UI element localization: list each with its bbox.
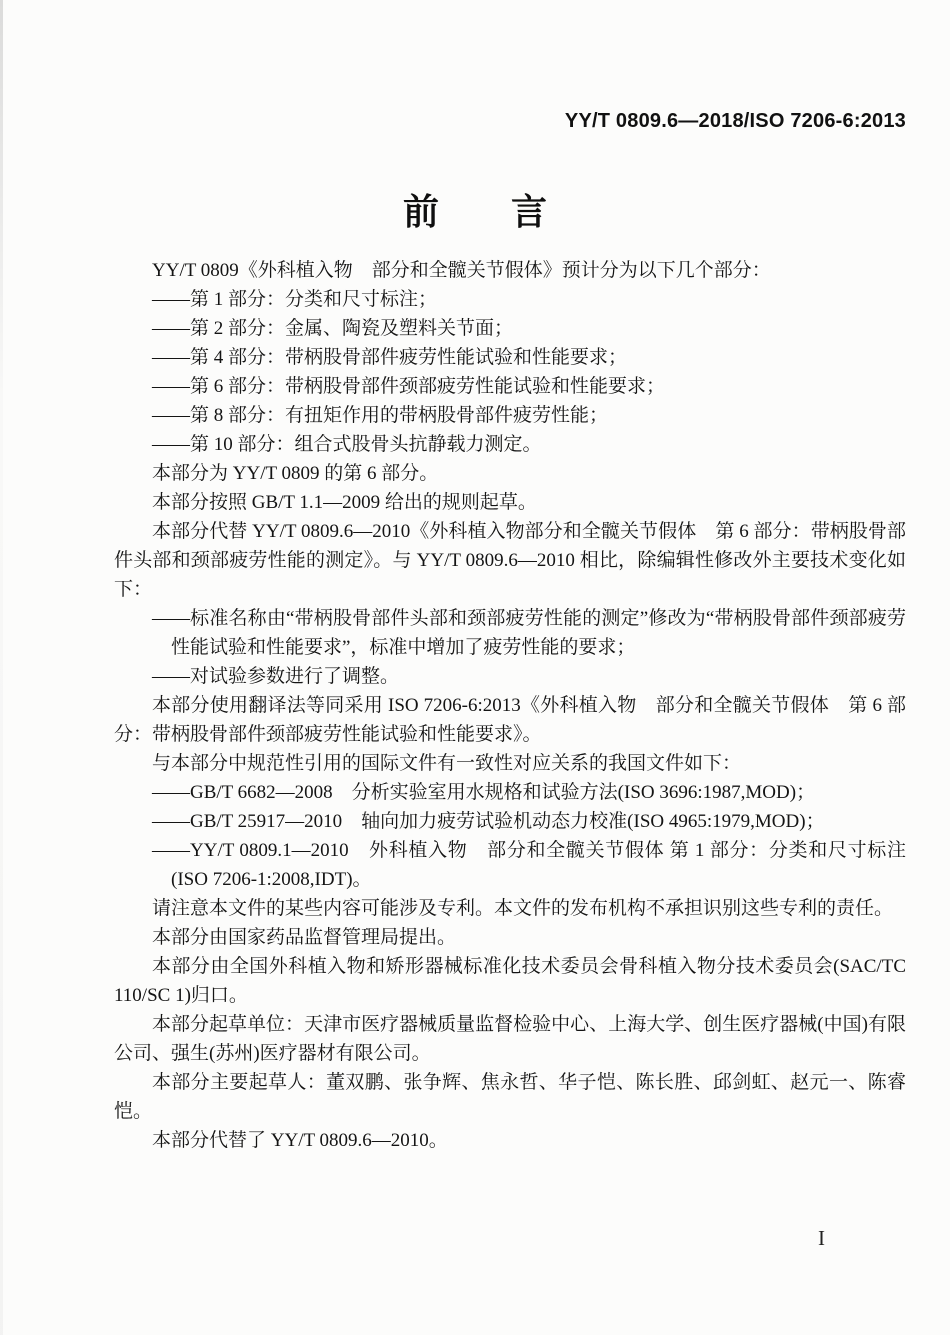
paragraph: 本部分按照 GB/T 1.1—2009 给出的规则起草。: [114, 488, 906, 517]
paragraph: 请注意本文件的某些内容可能涉及专利。本文件的发布机构不承担识别这些专利的责任。: [114, 894, 906, 923]
paragraph: 本部分代替 YY/T 0809.6—2010《外科植入物部分和全髋关节假体 第 …: [114, 517, 906, 604]
paragraph: 本部分由全国外科植入物和矫形器械标准化技术委员会骨科植入物分技术委员会(SAC/…: [114, 952, 906, 1010]
paragraph: ——对试验参数进行了调整。: [114, 662, 906, 691]
paragraph: 本部分为 YY/T 0809 的第 6 部分。: [114, 459, 906, 488]
paragraph: ——GB/T 6682—2008 分析实验室用水规格和试验方法(ISO 3696…: [114, 778, 906, 807]
paragraph: ——第 1 部分：分类和尺寸标注；: [114, 285, 906, 314]
paragraph: ——第 4 部分：带柄股骨部件疲劳性能试验和性能要求；: [114, 343, 906, 372]
paragraph: 本部分起草单位：天津市医疗器械质量监督检验中心、上海大学、创生医疗器械(中国)有…: [114, 1010, 906, 1068]
paragraph: ——GB/T 25917—2010 轴向加力疲劳试验机动态力校准(ISO 496…: [114, 807, 906, 836]
paragraph: ——YY/T 0809.1—2010 外科植入物 部分和全髋关节假体 第 1 部…: [114, 836, 906, 894]
paragraph: 与本部分中规范性引用的国际文件有一致性对应关系的我国文件如下：: [114, 749, 906, 778]
page-number: I: [818, 1226, 825, 1251]
paragraph: ——标准名称由“带柄股骨部件头部和颈部疲劳性能的测定”修改为“带柄股骨部件颈部疲…: [114, 604, 906, 662]
paragraph: 本部分由国家药品监督管理局提出。: [114, 923, 906, 952]
paragraph: 本部分主要起草人：董双鹏、张争辉、焦永哲、华子恺、陈长胜、邱剑虹、赵元一、陈睿恺…: [114, 1068, 906, 1126]
paragraph: ——第 2 部分：金属、陶瓷及塑料关节面；: [114, 314, 906, 343]
document-page: YY/T 0809.6—2018/ISO 7206-6:2013 前 言 YY/…: [0, 0, 950, 1335]
paragraph: ——第 10 部分：组合式股骨头抗静载力测定。: [114, 430, 906, 459]
paragraph: YY/T 0809《外科植入物 部分和全髋关节假体》预计分为以下几个部分：: [114, 256, 906, 285]
paragraph: 本部分代替了 YY/T 0809.6—2010。: [114, 1126, 906, 1155]
foreword-body: YY/T 0809《外科植入物 部分和全髋关节假体》预计分为以下几个部分：——第…: [114, 256, 906, 1155]
paragraph: 本部分使用翻译法等同采用 ISO 7206-6:2013《外科植入物 部分和全髋…: [114, 691, 906, 749]
standard-number-header: YY/T 0809.6—2018/ISO 7206-6:2013: [565, 110, 906, 133]
page-title: 前 言: [0, 184, 950, 235]
paragraph: ——第 8 部分：有扭矩作用的带柄股骨部件疲劳性能；: [114, 401, 906, 430]
paragraph: ——第 6 部分：带柄股骨部件颈部疲劳性能试验和性能要求；: [114, 372, 906, 401]
